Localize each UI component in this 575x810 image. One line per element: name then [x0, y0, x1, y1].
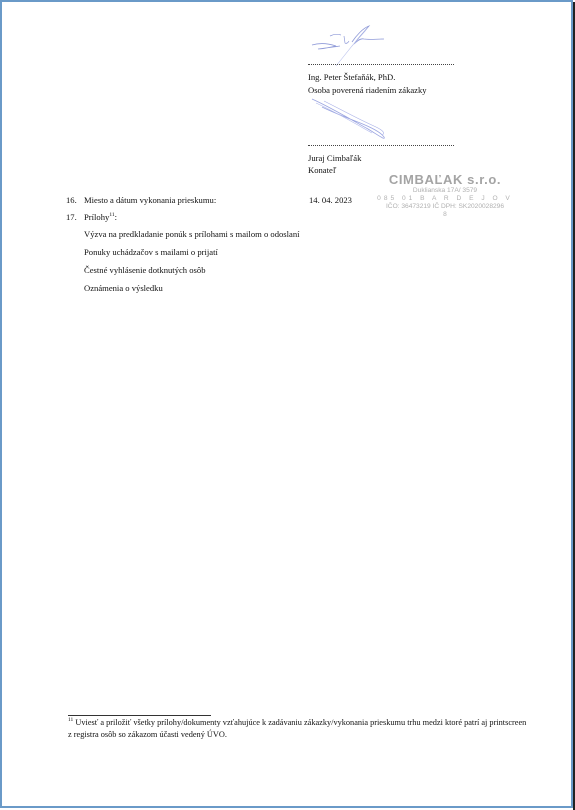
signature-line-1: [308, 64, 454, 65]
footnote-marker: 11: [68, 717, 73, 723]
attachment-item: Čestné vyhlásenie dotknutých osôb: [84, 265, 206, 276]
item-17-number: 17.: [66, 212, 77, 223]
signature-cimbalak-icon: [310, 97, 392, 143]
item-17-suffix: :: [115, 212, 117, 222]
item-16-number: 16.: [66, 195, 77, 206]
signatory-1-role: Osoba poverená riadením zákazky: [308, 85, 427, 96]
item-17-label-text: Prílohy: [84, 212, 109, 222]
stamp-ids: IČO: 36473219 IČ DPH: SK2020028296: [370, 203, 520, 211]
signatory-1-name: Ing. Peter Štefaňák, PhD.: [308, 72, 395, 83]
document-page: [0, 0, 573, 808]
footnote-text: Uviesť a priložiť všetky prílohy/dokumen…: [68, 718, 526, 739]
signature-line-2: [308, 145, 454, 146]
item-16-label: Miesto a dátum vykonania prieskumu:: [84, 195, 216, 206]
stamp-street: Duklianska 17A/ 3579: [370, 187, 520, 195]
stamp-extra: 8: [370, 211, 520, 219]
stamp-company: CIMBAĽAK s.r.o.: [370, 173, 520, 187]
company-stamp: CIMBAĽAK s.r.o. Duklianska 17A/ 3579 085…: [370, 173, 520, 219]
signatory-2-name: Juraj Cimbaľák: [308, 153, 361, 164]
attachment-item: Ponuky uchádzačov s mailami o prijatí: [84, 247, 218, 258]
stamp-city: 085 01 B A R D E J O V: [370, 195, 520, 203]
signature-stefanak-icon: [308, 22, 398, 67]
footnote: 11 Uviesť a priložiť všetky prílohy/doku…: [68, 717, 528, 741]
item-16-value: 14. 04. 2023: [309, 195, 352, 206]
item-17-label: Prílohy11:: [84, 212, 117, 223]
signatory-2-role: Konateľ: [308, 165, 336, 176]
attachment-item: Oznámenia o výsledku: [84, 283, 163, 294]
attachment-item: Výzva na predkladanie ponúk s prílohami …: [84, 229, 300, 240]
footnote-separator: [68, 715, 211, 716]
